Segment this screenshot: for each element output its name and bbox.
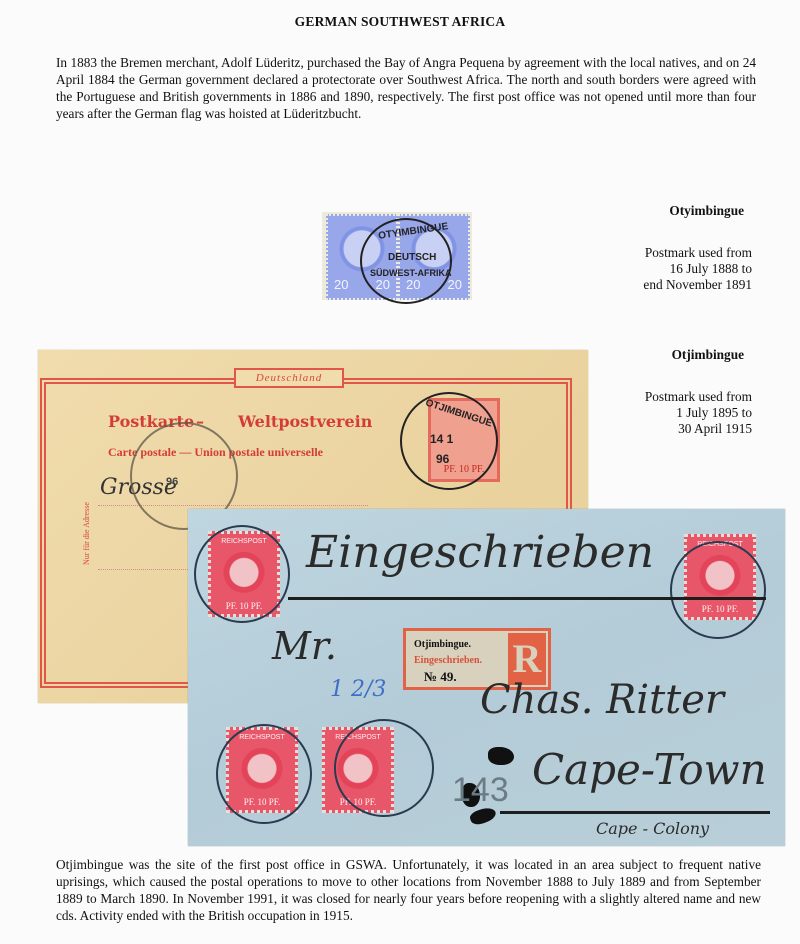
registration-number: № 49.	[424, 669, 457, 685]
underline	[500, 811, 770, 814]
postcard-heading-right: Weltpostverein	[238, 412, 372, 431]
blue-pen-note: 1 2/3	[330, 677, 386, 702]
intro-paragraph: In 1883 the Bremen merchant, Adolf Lüder…	[56, 54, 756, 122]
underline	[288, 597, 766, 600]
postmark-circle	[334, 719, 434, 817]
postmark-circle	[194, 525, 290, 623]
postmark-circle	[216, 724, 312, 824]
script-city: Cape-Town	[532, 745, 767, 794]
page-title: GERMAN SOUTHWEST AFRICA	[0, 14, 800, 30]
caption-otyimbingue: Otyimbingue Postmark used from 16 July 1…	[552, 203, 752, 293]
footer-paragraph: Otjimbingue was the site of the first po…	[56, 856, 761, 924]
stamp-pair-20pf: 20 20 20 20 OTYIMBINGUE DEUTSCH SÜDWEST-…	[322, 212, 472, 300]
script-eingeschrieben: Eingeschrieben	[306, 527, 654, 578]
registration-town: Otjimbingue.	[414, 639, 471, 650]
postmark-date: 14 1	[430, 432, 453, 446]
caption-town-name: Otyimbingue	[552, 203, 752, 219]
script-region: Cape - Colony	[596, 819, 709, 838]
postcard-banner: Deutschland	[234, 368, 344, 388]
caption-usage-period: Postmark used from 16 July 1888 to end N…	[552, 245, 752, 293]
registered-envelope: REICHSPOST PF. 10 PF. REICHSPOST PF. 10 …	[188, 509, 785, 846]
pencil-note: 143	[452, 771, 509, 810]
script-addressee: Chas. Ritter	[480, 677, 724, 723]
ink-blot	[488, 747, 514, 765]
postmark-line-3: SÜDWEST-AFRIKA	[370, 268, 452, 278]
postmark-circle	[670, 541, 766, 639]
registration-text: Eingeschrieben.	[414, 655, 482, 666]
postmark-year: 96	[436, 452, 449, 466]
postmark-line-2: DEUTSCH	[388, 252, 436, 263]
script-salutation: Mr.	[272, 624, 337, 668]
postcard-side-text: Nur für die Adresse	[82, 502, 91, 565]
postmark-left-year: 96	[166, 476, 178, 488]
